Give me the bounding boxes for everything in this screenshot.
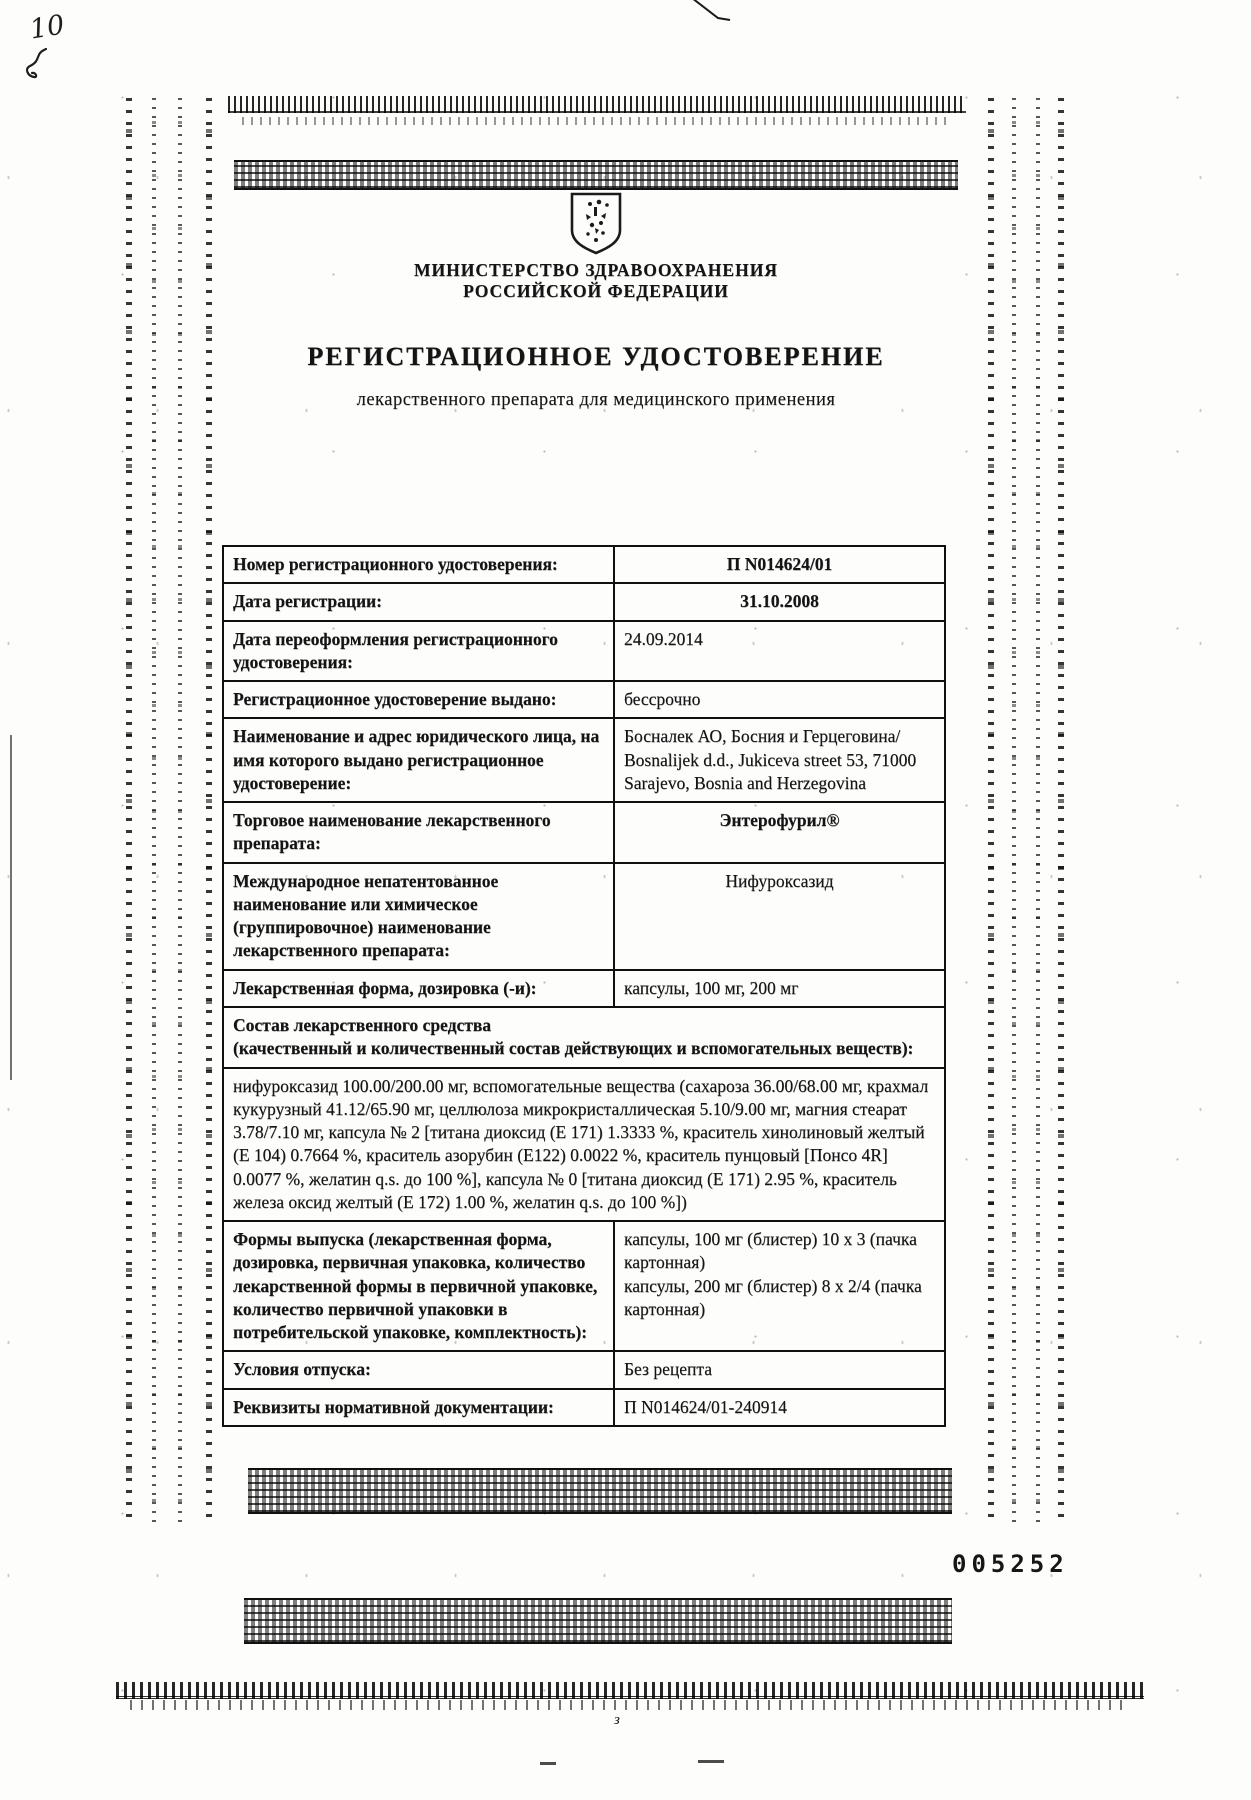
table-row-issued-validity: Регистрационное удостоверение выдано: бе… xyxy=(223,681,945,718)
row-value: бессрочно xyxy=(614,681,945,718)
document-title: РЕГИСТРАЦИОННОЕ УДОСТОВЕРЕНИЕ xyxy=(190,342,1002,372)
frame-bottom-edge xyxy=(116,1682,1144,1699)
frame-left-column xyxy=(126,98,132,1523)
handwritten-page-number: 10 xyxy=(28,10,67,46)
row-value: Босналек АО, Босния и Герцеговина/ Bosna… xyxy=(614,718,945,802)
frame-top-ticks xyxy=(228,96,966,113)
footer-scan-dash xyxy=(698,1760,724,1763)
frame-bottom-edge-faint xyxy=(130,1700,1130,1710)
composition-body: нифуроксазид 100.00/200.00 мг, вспомогат… xyxy=(223,1068,945,1222)
row-label: Лекарственная форма, дозировка (-и): xyxy=(223,970,614,1007)
row-value: Энтерофурил® xyxy=(614,802,945,863)
composition-header: Состав лекарственного средства (качестве… xyxy=(223,1007,945,1068)
table-row-registration-date: Дата регистрации: 31.10.2008 xyxy=(223,583,945,620)
row-value: П N014624/01-240914 xyxy=(614,1389,945,1426)
frame-bottom-band-2 xyxy=(244,1598,952,1644)
table-row-registration-number: Номер регистрационного удостоверения: П … xyxy=(223,546,945,583)
table-row-normative-documentation: Реквизиты нормативной документации: П N0… xyxy=(223,1389,945,1426)
footer-scan-dash xyxy=(540,1762,556,1765)
row-label: Международное непатентованное наименован… xyxy=(223,863,614,970)
table-row-dispensing-conditions: Условия отпуска: Без рецепта xyxy=(223,1351,945,1388)
handwritten-squiggle xyxy=(20,46,54,82)
frame-right-column xyxy=(988,98,994,1523)
row-label: Дата регистрации: xyxy=(223,583,614,620)
table-row-composition-body: нифуроксазид 100.00/200.00 мг, вспомогат… xyxy=(223,1068,945,1222)
frame-right-column xyxy=(1036,98,1040,1523)
row-label: Наименование и адрес юридического лица, … xyxy=(223,718,614,802)
row-value: 31.10.2008 xyxy=(614,583,945,620)
scan-artifact-line xyxy=(10,735,12,1080)
row-value: Нифуроксазид xyxy=(614,863,945,970)
serial-number-stamp: 005252 xyxy=(952,1550,1069,1578)
corner-scan-mark xyxy=(688,0,732,24)
frame-left-column xyxy=(206,98,212,1523)
row-label: Реквизиты нормативной документации: xyxy=(223,1389,614,1426)
frame-left-column xyxy=(152,98,156,1523)
row-label: Условия отпуска: xyxy=(223,1351,614,1388)
ministry-name: МИНИСТЕРСТВО ЗДРАВООХРАНЕНИЯ РОССИЙСКОЙ … xyxy=(220,260,972,303)
table-row-inn: Международное непатентованное наименован… xyxy=(223,863,945,970)
frame-right-column xyxy=(1012,98,1016,1523)
frame-top-band xyxy=(234,160,958,190)
certificate-table: Номер регистрационного удостоверения: П … xyxy=(222,545,946,1427)
frame-bottom-band-1 xyxy=(248,1468,952,1514)
row-label: Дата переоформления регистрационного удо… xyxy=(223,621,614,682)
frame-top-ticks-faint xyxy=(242,117,952,125)
row-value: 24.09.2014 xyxy=(614,621,945,682)
row-label: Формы выпуска (лекарственная форма, дози… xyxy=(223,1221,614,1351)
row-label: Торговое наименование лекарственного пре… xyxy=(223,802,614,863)
row-value: Без рецепта xyxy=(614,1351,945,1388)
table-row-dosage-form: Лекарственная форма, дозировка (-и): кап… xyxy=(223,970,945,1007)
frame-right-column xyxy=(1058,98,1064,1523)
table-row-reissue-date: Дата переоформления регистрационного удо… xyxy=(223,621,945,682)
row-value: капсулы, 100 мг (блистер) 10 х 3 (пачка … xyxy=(614,1221,945,1351)
row-value: П N014624/01 xyxy=(614,546,945,583)
table-row-holder: Наименование и адрес юридического лица, … xyxy=(223,718,945,802)
document-subtitle: лекарственного препарата для медицинског… xyxy=(220,390,972,411)
frame-left-column xyxy=(178,98,182,1523)
table-row-trade-name: Торговое наименование лекарственного пре… xyxy=(223,802,945,863)
row-label: Регистрационное удостоверение выдано: xyxy=(223,681,614,718)
table-row-release-forms: Формы выпуска (лекарственная форма, дози… xyxy=(223,1221,945,1351)
russia-coat-of-arms-icon xyxy=(566,190,626,256)
row-label: Номер регистрационного удостоверения: xyxy=(223,546,614,583)
footer-mark: з xyxy=(614,1712,620,1729)
table-row-composition-header: Состав лекарственного средства (качестве… xyxy=(223,1007,945,1068)
row-value: капсулы, 100 мг, 200 мг xyxy=(614,970,945,1007)
